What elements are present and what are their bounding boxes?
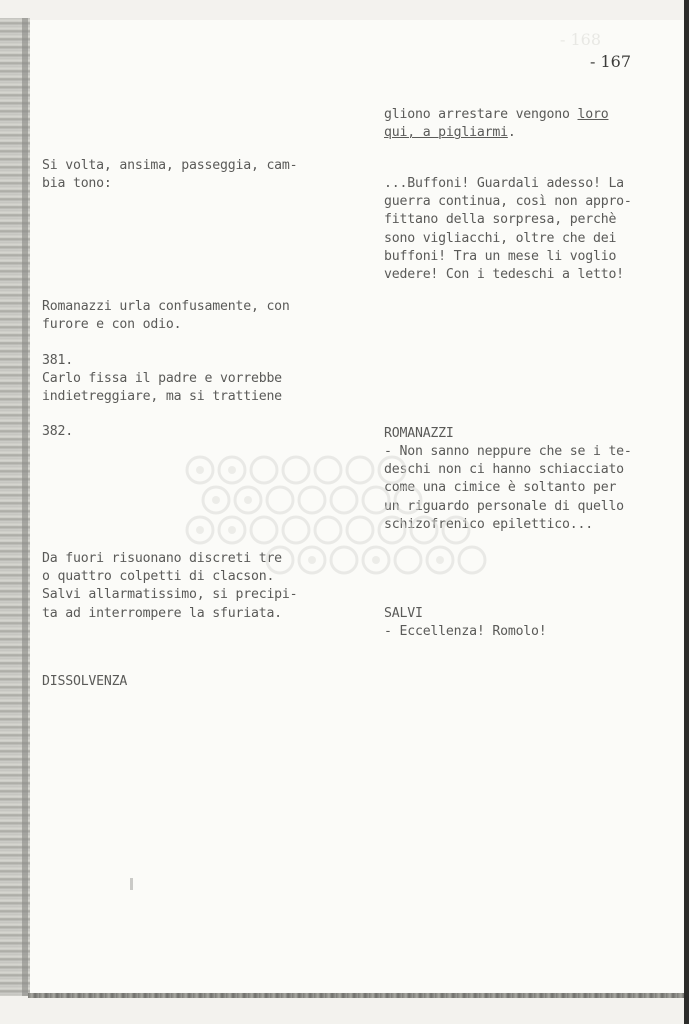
- stage-direction-romanazzi-shouts: Romanazzi urla confusamente, con furore …: [42, 298, 290, 334]
- speaker-romanazzi: ROMANAZZI: [384, 425, 454, 443]
- dialogue-salvi: - Eccellenza! Romolo!: [384, 623, 547, 641]
- stage-direction-turns: Si volta, ansima, passeggia, cam- bia to…: [42, 157, 297, 193]
- underlined-word: loro: [578, 107, 609, 122]
- dialogue-buffoni: ...Buffoni! Guardali adesso! La guerra c…: [384, 175, 632, 284]
- paper-speck: [130, 878, 133, 890]
- underlined-phrase: qui, a pigliarmi: [384, 125, 508, 140]
- stamp-watermark-icon: [180, 450, 510, 580]
- dialogue-continuation-line-1: gliono arrestare vengono: [384, 107, 578, 122]
- shot-number-382: 382.: [42, 423, 73, 441]
- page-bottom-edge: [28, 993, 686, 998]
- page-right-edge: [684, 0, 689, 1024]
- bleed-through-page-number: - 168: [560, 30, 601, 49]
- page-left-edge-line: [22, 18, 28, 996]
- shot-381-description: Carlo fissa il padre e vorrebbe indietre…: [42, 370, 282, 406]
- transition-dissolve: DISSOLVENZA: [42, 673, 127, 691]
- speaker-salvi: SALVI: [384, 605, 423, 623]
- page-number: - 167: [590, 52, 631, 71]
- dialogue-continuation-end: .: [508, 125, 516, 140]
- shot-number-381: 381.: [42, 352, 73, 370]
- dialogue-continuation: gliono arrestare vengono loro qui, a pig…: [384, 106, 608, 142]
